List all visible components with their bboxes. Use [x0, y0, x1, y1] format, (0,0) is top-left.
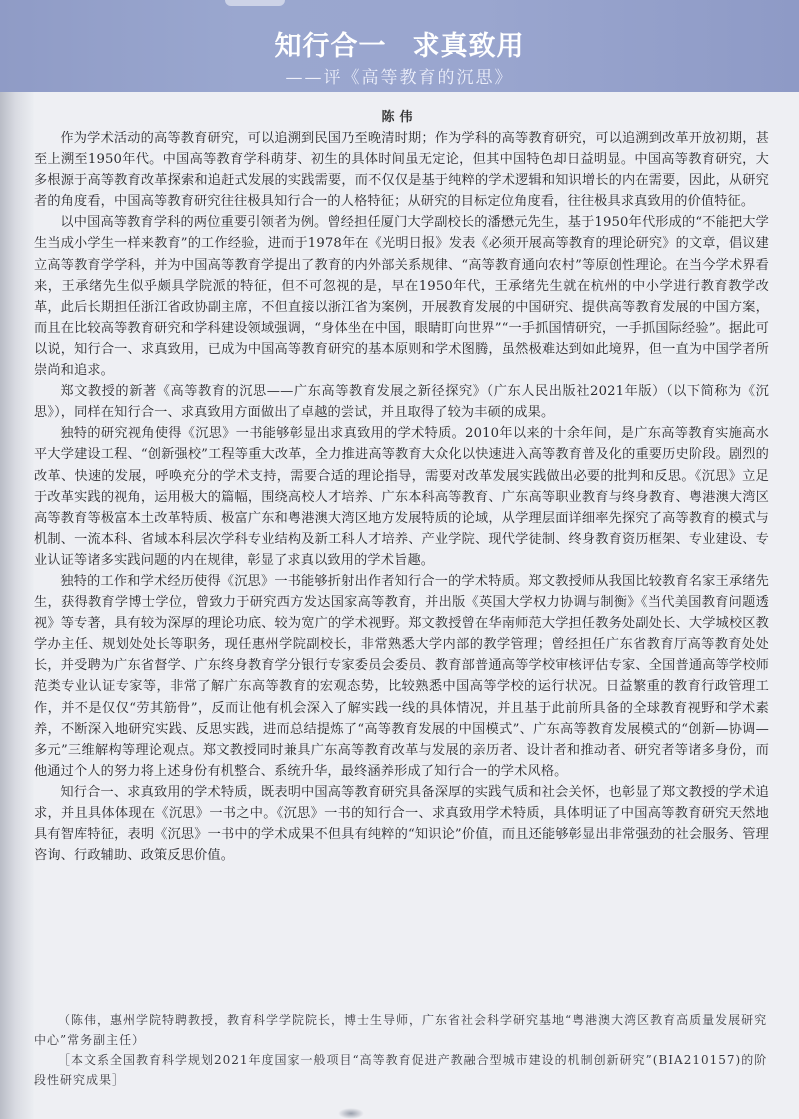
paragraph: 郑文教授的新著《高等教育的沉思——广东高等教育发展之新径探究》（广东人民出版社2… [34, 381, 769, 423]
page-binding-shadow [0, 0, 34, 1119]
article-body: 作为学术活动的高等教育研究，可以追溯到民国乃至晚清时期；作为学科的高等教育研究，… [34, 128, 769, 866]
article-subtitle: ——评《高等教育的沉思》 [0, 63, 799, 88]
paragraph: 独特的工作和学术经历使得《沉思》一书能够折射出作者知行合一的学术特质。郑文教授师… [34, 571, 769, 782]
title-part-1: 知行合一 [275, 31, 387, 62]
paragraph: 知行合一、求真致用的学术特质，既表明中国高等教育研究具备深厚的实践气质和社会关怀… [34, 782, 769, 866]
page-smudge [338, 1108, 364, 1119]
article-title: 知行合一求真致用 [0, 24, 799, 63]
banner-highlight [225, 0, 285, 6]
paragraph: 独特的研究视角使得《沉思》一书能够彰显出求真致用的学术特质。2010年以来的十余… [34, 423, 769, 571]
paragraph: 以中国高等教育学科的两位重要引领者为例。曾经担任厦门大学副校长的潘懋元先生，基于… [34, 212, 769, 381]
author-bio-note: （陈伟，惠州学院特聘教授，教育科学学院院长，博士生导师，广东省社会科学研究基地“… [34, 1010, 769, 1050]
article-notes: （陈伟，惠州学院特聘教授，教育科学学院院长，博士生导师，广东省社会科学研究基地“… [34, 1010, 769, 1090]
title-part-2: 求真致用 [413, 31, 525, 62]
author-name: 陈伟 [0, 106, 799, 125]
paragraph: 作为学术活动的高等教育研究，可以追溯到民国乃至晚清时期；作为学科的高等教育研究，… [34, 128, 769, 212]
title-banner: 知行合一求真致用 ——评《高等教育的沉思》 [0, 0, 799, 92]
funding-note: ［本文系全国教育科学规划2021年度国家一般项目“高等教育促进产教融合型城市建设… [34, 1050, 769, 1090]
